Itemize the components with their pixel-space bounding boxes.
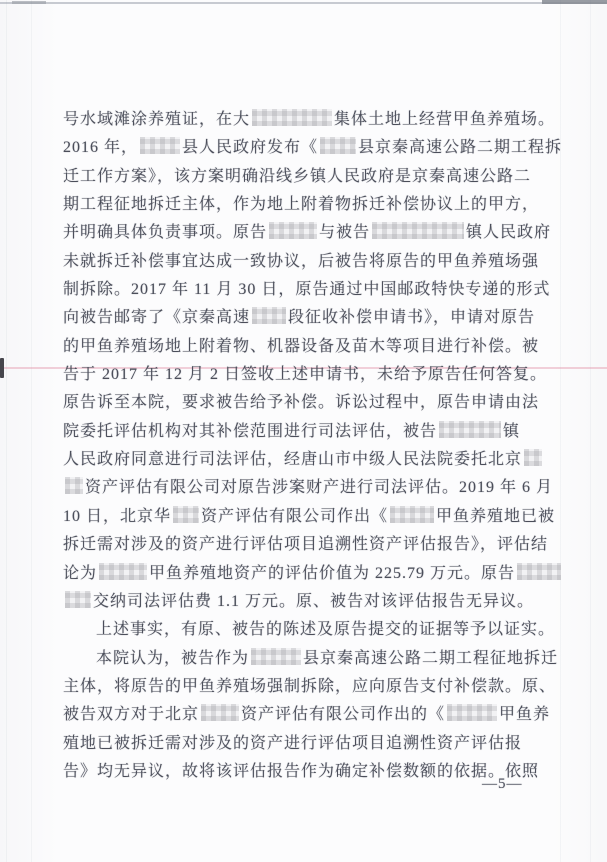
line-text: 原告诉至本院，要求被告给予补偿。诉讼过程中，原告申请由法 [63,394,539,411]
line-text: 10 日，北京华 [63,508,171,525]
text-line: 告于 2017 年 12 月 2 日签收上述申请书，未给予原告任何答复。 [63,361,563,389]
line-text: 向被告邮寄了《京秦高速 [63,309,250,326]
line-text: 县人民政府发布《 [182,139,318,156]
scan-left-edge-mark [0,358,4,378]
redaction-block [372,222,464,239]
line-text: 集体土地上经营甲鱼养殖场。 [334,111,555,128]
text-line: 期工程征地拆迁主体，作为地上附着物拆迁补偿协议上的甲方， [63,191,563,219]
text-line: 的甲鱼养殖场地上附着物、机器设备及苗木等项目进行补偿。被 [63,333,563,361]
line-text: 上述事实，有原、被告的陈述及原告提交的证据等予以证实。 [96,621,555,638]
text-line: 向被告邮寄了《京秦高速段征收补偿申请书》，申请对原告 [63,304,563,332]
line-text: 2016 年， [63,139,138,156]
text-line: 原告诉至本院，要求被告给予补偿。诉讼过程中，原告申请由法 [63,389,563,417]
text-line: 2016 年，县人民政府发布《县京秦高速公路二期工程拆 [63,134,563,162]
text-line: 本院认为，被告作为县京秦高速公路二期工程征地拆迁 [63,645,563,673]
line-text: 主体，将原告的甲鱼养殖场强制拆除，应向原告支付补偿款。原、 [63,678,556,695]
redaction-block [251,648,301,665]
text-line: 论为甲鱼养殖地资产的评估价值为 225.79 万元。原告 [63,560,563,588]
line-text: 被告双方对于北京 [63,706,199,723]
line-text: 本院认为，被告作为 [96,650,249,667]
redaction-block [65,477,83,494]
line-text: 人民政府同意进行司法评估，经唐山市中级人民法院委托北京 [63,451,522,468]
text-line: 拆迁需对涉及的资产进行评估项目追溯性资产评估报告》，评估结 [63,531,563,559]
redaction-block [252,109,332,126]
scan-top-edge-artifact [0,2,607,4]
text-line: 院委托评估机构对其补偿范围进行司法评估，被告镇 [63,418,563,446]
redaction-block [517,563,561,580]
text-line: 迁工作方案》，该方案明确沿线乡镇人民政府是京秦高速公路二 [63,163,563,191]
text-line: 号水域滩涂养殖证，在大集体土地上经营甲鱼养殖场。 [63,106,563,134]
line-text: 资产评估有限公司作出的《 [241,706,445,723]
line-text: 镇 [503,423,520,440]
redaction-block [252,307,286,324]
line-text: 的甲鱼养殖场地上附着物、机器设备及苗木等项目进行补偿。被 [63,338,539,355]
redaction-block [201,704,239,721]
line-text: 交纳司法评估费 1.1 万元。原、被告对该评估报告无异议。 [93,593,534,610]
line-text: 镇人民政府 [466,224,551,241]
text-line: 被告双方对于北京资产评估有限公司作出的《甲鱼养 [63,701,563,729]
text-line: 未就拆迁补偿事宜达成一致协议，后被告将原告的甲鱼养殖场强 [63,248,563,276]
line-text: 告于 2017 年 12 月 2 日签收上述申请书，未给予原告任何答复。 [63,366,547,383]
line-text: 殖地已被拆迁需对涉及的资产进行评估项目追溯性资产评估报 [63,735,522,752]
line-text: 甲鱼养殖地已被 [436,508,555,525]
line-text: 甲鱼养 [499,706,550,723]
line-text: 迁工作方案》，该方案明确沿线乡镇人民政府是京秦高速公路二 [63,168,531,185]
scan-fold-streak [6,0,7,862]
redaction-block [269,222,317,239]
line-text: 告》均无异议，故将该评估报告作为确定补偿数额的依据。依照 [63,763,539,780]
line-text: 论为 [63,565,97,582]
line-text: 拆迁需对涉及的资产进行评估项目追溯性资产评估报告》，评估结 [63,536,548,553]
redaction-block [320,137,356,154]
scanned-document-page: 号水域滩涂养殖证，在大集体土地上经营甲鱼养殖场。2016 年，县人民政府发布《县… [0,0,607,862]
redaction-block [140,137,180,154]
text-block: 号水域滩涂养殖证，在大集体土地上经营甲鱼养殖场。2016 年，县人民政府发布《县… [63,106,563,786]
page-number: —5— [482,776,523,793]
text-line: 殖地已被拆迁需对涉及的资产进行评估项目追溯性资产评估报 [63,730,563,758]
scan-top-edge-dark-segment [542,0,607,4]
scan-top-edge-left-segment [12,1,46,4]
redaction-block [447,704,497,721]
text-line: 资产评估有限公司对原告涉案财产进行司法评估。2019 年 6 月 [63,474,563,502]
scan-fold-streak [590,0,591,862]
line-text: 县京秦高速公路二期工程征地拆迁 [303,650,558,667]
text-line: 制拆除。2017 年 11 月 30 日，原告通过中国邮政特快专递的形式 [63,276,563,304]
line-text: 资产评估有限公司作出《 [201,508,388,525]
text-line: 主体，将原告的甲鱼养殖场强制拆除，应向原告支付补偿款。原、 [63,673,563,701]
text-line: 人民政府同意进行司法评估，经唐山市中级人民法院委托北京 [63,446,563,474]
line-text: 段征收补偿申请书》，申请对原告 [288,309,535,326]
line-text: 与被告 [319,224,370,241]
redaction-block [99,563,147,580]
line-text: 期工程征地拆迁主体，作为地上附着物拆迁补偿协议上的甲方， [63,196,539,213]
text-line: 交纳司法评估费 1.1 万元。原、被告对该评估报告无异议。 [63,588,563,616]
line-text: 并明确具体负责事项。原告 [63,224,267,241]
text-line: 上述事实，有原、被告的陈述及原告提交的证据等予以证实。 [63,616,563,644]
redaction-block [439,421,501,438]
line-text: 县京秦高速公路二期工程拆 [358,139,562,156]
redaction-block [65,591,91,608]
text-line: 并明确具体负责事项。原告与被告镇人民政府 [63,219,563,247]
line-text: 甲鱼养殖地资产的评估价值为 225.79 万元。原告 [149,565,515,582]
text-line: 10 日，北京华资产评估有限公司作出《甲鱼养殖地已被 [63,503,563,531]
scan-fold-streak [31,0,32,862]
line-text: 资产评估有限公司对原告涉案财产进行司法评估。2019 年 6 月 [85,479,553,496]
redaction-block [524,449,542,466]
redaction-block [173,506,199,523]
line-text: 制拆除。2017 年 11 月 30 日，原告通过中国邮政特快专递的形式 [63,281,550,298]
line-text: 号水域滩涂养殖证，在大 [63,111,250,128]
line-text: 院委托评估机构对其补偿范围进行司法评估，被告 [63,423,437,440]
redaction-block [390,506,434,523]
line-text: 未就拆迁补偿事宜达成一致协议，后被告将原告的甲鱼养殖场强 [63,253,539,270]
